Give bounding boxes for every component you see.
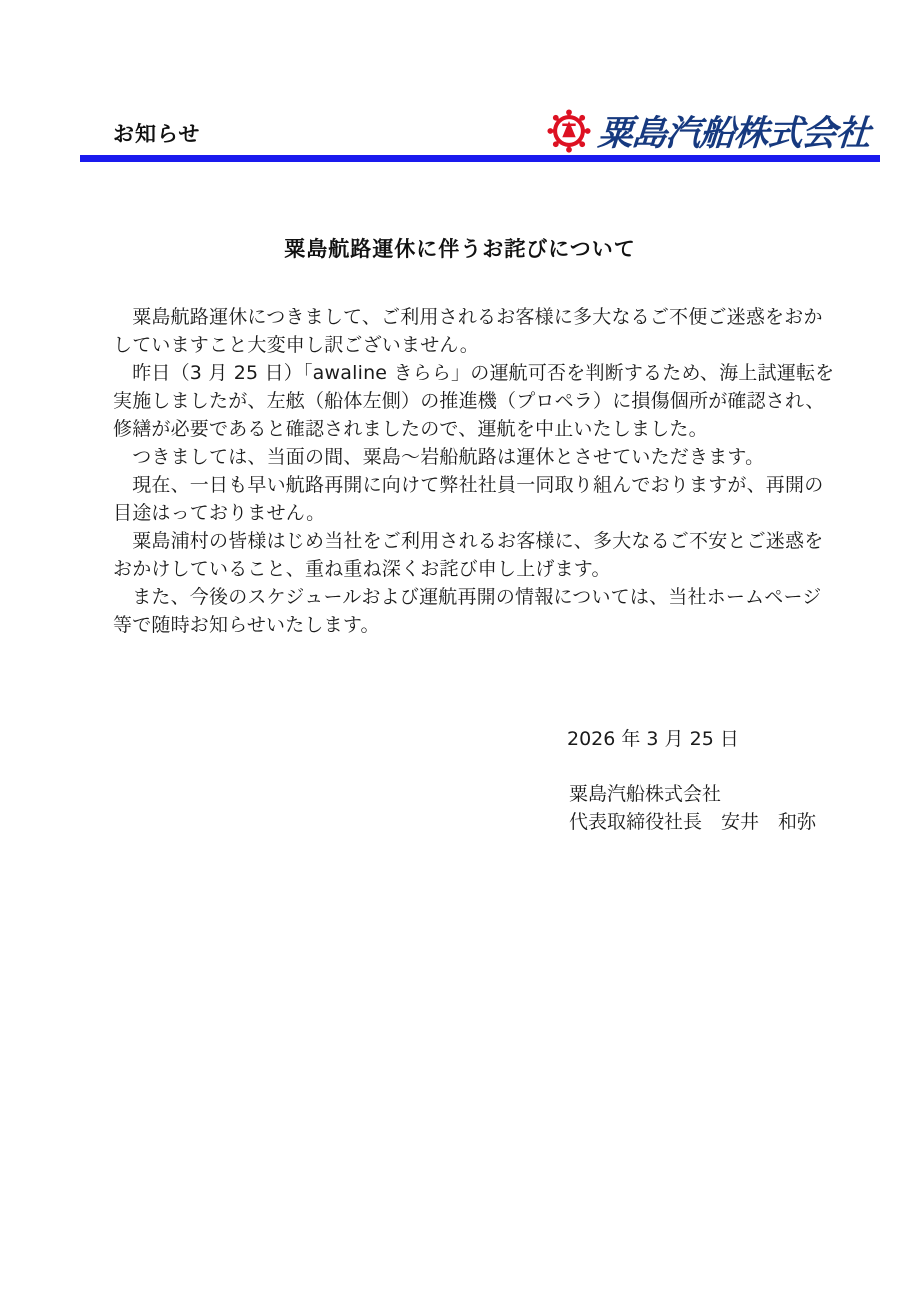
notice-label: お知らせ [113,118,200,148]
body-line: 現在、一日も早い航路再開に向けて弊社社員一同取り組んでおりますが、再開の [113,471,819,499]
signature-representative: 代表取締役社長 安井 和弥 [569,807,816,834]
body-line: 等で随時お知らせいたします。 [113,611,819,639]
document-page: お知らせ [0,0,920,1300]
ship-wheel-icon [546,108,592,154]
body-line: おかけしていること、重ね重ね深くお詫び申し上げます。 [113,555,819,583]
header-divider-rule [80,155,880,162]
body-line: また、今後のスケジュールおよび運航再開の情報については、当社ホームページ [113,583,819,611]
signature-company: 粟島汽船株式会社 [569,779,721,806]
body-line: 目途はっておりません。 [113,499,819,527]
page-title: 粟島航路運休に伴うお詫びについて [0,233,920,263]
body-line: つきましては、当面の間、粟島～岩船航路は運休とさせていただきます。 [113,443,819,471]
body-line: 粟島浦村の皆様はじめ当社をご利用されるお客様に、多大なるご不安とご迷惑を [113,527,819,555]
body-text: 粟島航路運休につきまして、ご利用されるお客様に多大なるご不便ご迷惑をおか してい… [113,303,819,639]
body-line: 昨日（3 月 25 日）「awaline きらら」の運航可否を判断するため、海上… [113,359,819,387]
body-line: 修繕が必要であると確認されましたので、運航を中止いたしました。 [113,415,819,443]
issue-date: 2026 年 3 月 25 日 [567,724,739,751]
body-line: していますこと大変申し訳ございません。 [113,331,819,359]
body-line: 粟島航路運休につきまして、ご利用されるお客様に多大なるご不便ご迷惑をおか [113,303,819,331]
company-logo: 粟島汽船株式会社 [546,106,870,156]
company-name-logotype: 粟島汽船株式会社 [596,106,872,156]
body-line: 実施しましたが、左舷（船体左側）の推進機（プロペラ）に損傷個所が確認され、 [113,387,819,415]
